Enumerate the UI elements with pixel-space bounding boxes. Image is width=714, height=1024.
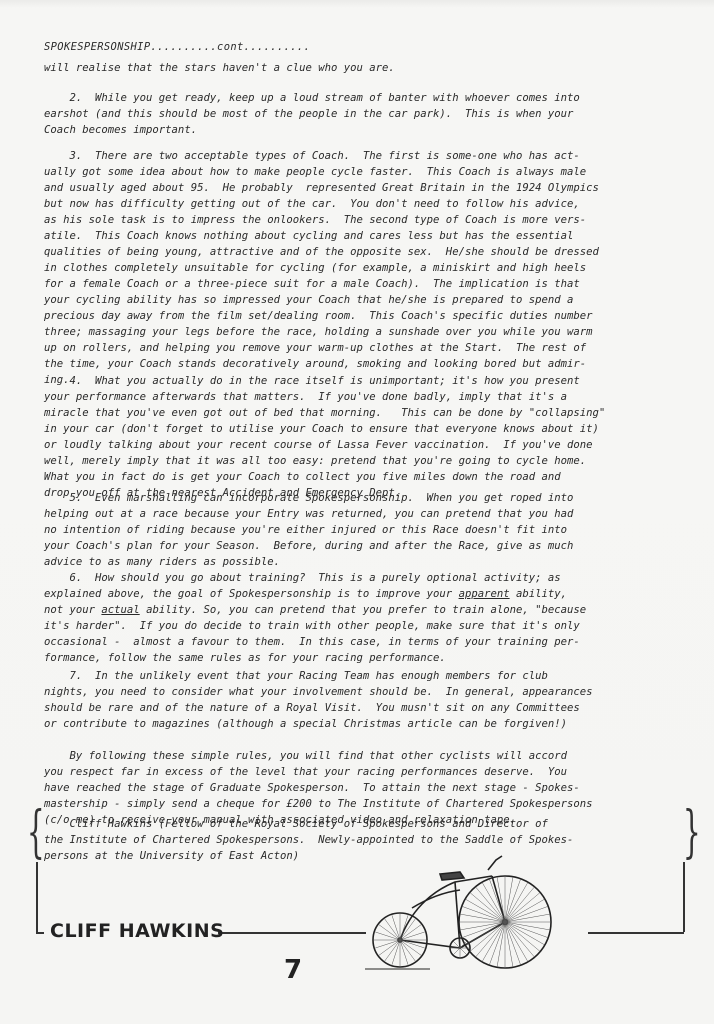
text-line: 3. There are two acceptable types of Coa… — [44, 148, 684, 164]
text-line: not your actual ability. So, you can pre… — [44, 602, 684, 618]
text-line: your cycling ability has so impressed yo… — [44, 292, 684, 308]
text-line: nights, you need to consider what your i… — [44, 684, 684, 700]
page-number: 7 — [284, 955, 302, 985]
text-line: up on rollers, and helping you remove yo… — [44, 340, 684, 356]
byline-line: the Institute of Chartered Spokespersons… — [44, 832, 684, 848]
text-line: earshot (and this should be most of the … — [44, 106, 684, 122]
text-line: 5. Even marshalling can incorporate Spok… — [44, 490, 684, 506]
byline-line: Cliff Hawkins (Fellow of the Royal Socie… — [44, 816, 684, 832]
text-line: atile. This Coach knows nothing about cy… — [44, 228, 684, 244]
text-line: will realise that the stars haven't a cl… — [44, 60, 684, 76]
text-line: but now has difficulty getting out of th… — [44, 196, 684, 212]
text-line: qualities of being young, attractive and… — [44, 244, 684, 260]
underlined-word: apparent — [459, 588, 510, 600]
text-line: or loudly talking about your recent cour… — [44, 437, 684, 453]
text-line: your performance afterwards that matters… — [44, 389, 684, 405]
text-line: should be rare and of the nature of a Ro… — [44, 700, 684, 716]
text-line: miracle that you've even got out of bed … — [44, 405, 684, 421]
underlined-word: actual — [101, 604, 139, 616]
text-line: your Coach's plan for your Season. Befor… — [44, 538, 684, 554]
text-line: explained above, the goal of Spokesperso… — [44, 586, 684, 602]
text-line: 2. While you get ready, keep up a loud s… — [44, 90, 684, 106]
text-line: mastership - simply send a cheque for £2… — [44, 796, 684, 812]
text-line: precious day away from the film set/deal… — [44, 308, 684, 324]
text-line: 6. How should you go about training? Thi… — [44, 570, 684, 586]
frame-left-line — [36, 862, 38, 932]
text-line: formance, follow the same rules as for y… — [44, 650, 684, 666]
text-line: have reached the stage of Graduate Spoke… — [44, 780, 684, 796]
text-line: ually got some idea about how to make pe… — [44, 164, 684, 180]
text-line: well, merely imply that it was all too e… — [44, 453, 684, 469]
author-signature: CLIFF HAWKINS — [50, 920, 224, 942]
frame-bottom-line-right — [588, 932, 684, 934]
text-line: it's harder". If you do decide to train … — [44, 618, 684, 634]
running-heading: SPOKESPERSONSHIP..........cont.......... — [44, 41, 310, 53]
text-line: the time, your Coach stands decoratively… — [44, 356, 684, 372]
text-line: no intention of riding because you're ei… — [44, 522, 684, 538]
text-line: What you in fact do is get your Coach to… — [44, 469, 684, 485]
text-line: in clothes completely unsuitable for cyc… — [44, 260, 684, 276]
text-line: Coach becomes important. — [44, 122, 684, 138]
text-line: for a female Coach or a three-piece suit… — [44, 276, 684, 292]
text-line: or contribute to magazines (although a s… — [44, 716, 684, 732]
left-brace: { — [27, 800, 45, 865]
text-line: advice to as many riders as possible. — [44, 554, 684, 570]
text-line: and usually aged about 95. He probably r… — [44, 180, 684, 196]
text-line: as his sole task is to impress the onloo… — [44, 212, 684, 228]
frame-bottom-line-left — [218, 932, 366, 934]
text-line: 7. In the unlikely event that your Racin… — [44, 668, 684, 684]
right-brace: } — [683, 800, 701, 865]
text-line: 4. What you actually do in the race itse… — [44, 373, 684, 389]
text-line: helping out at a race because your Entry… — [44, 506, 684, 522]
frame-right-line — [683, 862, 685, 932]
text-line: By following these simple rules, you wil… — [44, 748, 684, 764]
bicycle-illustration — [360, 852, 580, 972]
text-line: three; massaging your legs before the ra… — [44, 324, 684, 340]
text-line: occasional - almost a favour to them. In… — [44, 634, 684, 650]
document-page: SPOKESPERSONSHIP..........cont..........… — [0, 0, 714, 1024]
text-line: you respect far in excess of the level t… — [44, 764, 684, 780]
text-line: in your car (don't forget to utilise you… — [44, 421, 684, 437]
frame-corner-left — [36, 932, 44, 934]
